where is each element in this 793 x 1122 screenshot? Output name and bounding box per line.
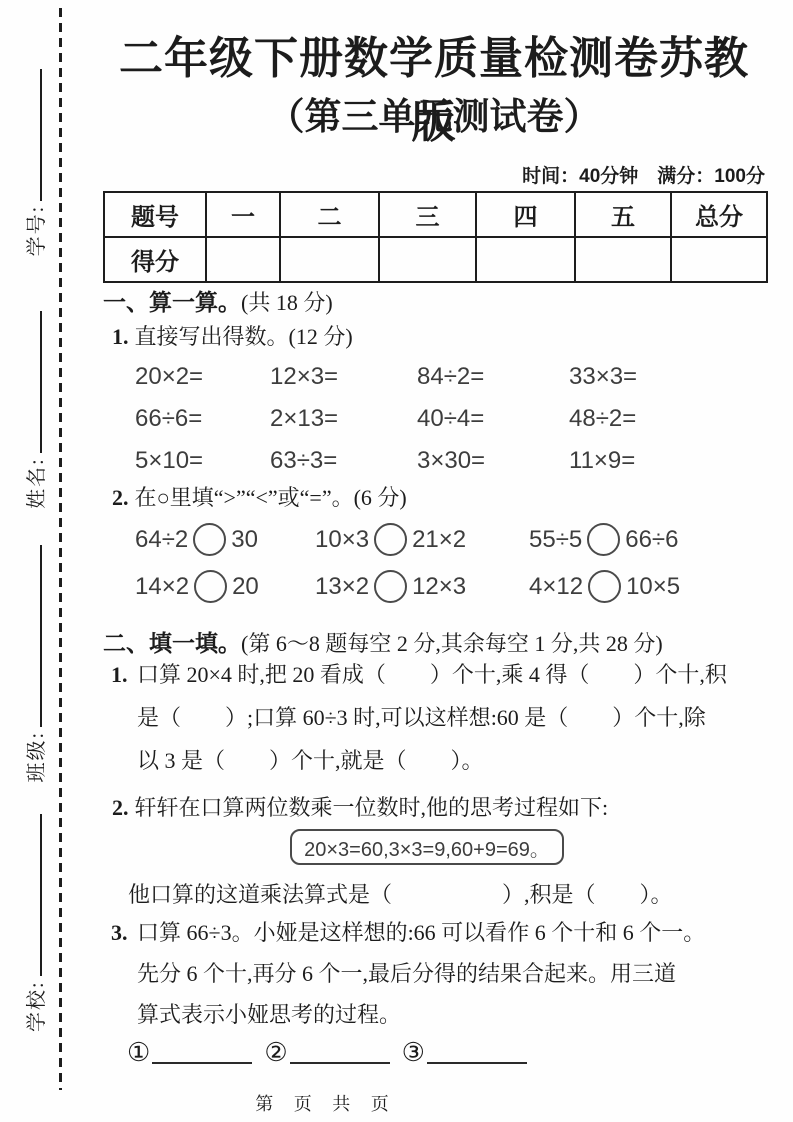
col-header-5: 五 bbox=[575, 192, 671, 237]
left-expression: 4×12 bbox=[529, 573, 583, 601]
question-number: 2. bbox=[112, 485, 129, 510]
equation: 48÷2= bbox=[569, 405, 689, 433]
school-field: 学校: bbox=[20, 782, 49, 1032]
question-line: 以 3 是（ ）个十,就是（ ）。 bbox=[137, 739, 785, 782]
equation: 11×9= bbox=[569, 447, 689, 475]
left-expression: 64÷2 bbox=[135, 526, 188, 554]
comparison-circle bbox=[588, 570, 621, 603]
equation: 63÷3= bbox=[270, 447, 417, 475]
col-header-3: 三 bbox=[379, 192, 476, 237]
section1-question1-prompt: 1.直接写出得数。(12 分) bbox=[112, 320, 353, 351]
comparison-item: 64÷2 30 bbox=[135, 523, 315, 556]
class-field: 班级: bbox=[20, 509, 49, 783]
col-header-1: 一 bbox=[206, 192, 280, 237]
equation: 66÷6= bbox=[135, 405, 270, 433]
score-cell bbox=[476, 237, 575, 282]
comparison-grid: 64÷2 30 10×3 21×2 55÷5 66÷6 14×2 20 13×2… bbox=[135, 516, 769, 610]
comparison-item: 55÷5 66÷6 bbox=[529, 523, 769, 556]
thinking-process-box: 20×3=60,3×3=9,60+9=69。 bbox=[290, 829, 564, 865]
section1-points-note: (共 18 分) bbox=[241, 290, 333, 315]
right-expression: 10×5 bbox=[626, 573, 680, 601]
left-expression: 13×2 bbox=[315, 573, 369, 601]
score-table-score-row: 得分 bbox=[104, 237, 767, 282]
col-header-2: 二 bbox=[280, 192, 379, 237]
right-expression: 12×3 bbox=[412, 573, 466, 601]
score-cell bbox=[280, 237, 379, 282]
comparison-item: 10×3 21×2 bbox=[315, 523, 529, 556]
section2-question3: 3. 口算 66÷3。小娅是这样想的:66 可以看作 6 个十和 6 个一。 先… bbox=[137, 912, 785, 1035]
comparison-circle bbox=[587, 523, 620, 556]
section2-question2-answer-line: 他口算的这道乘法算式是（ ）,积是（ ）。 bbox=[128, 878, 673, 909]
question-number: 3. bbox=[111, 912, 128, 953]
student-number-label: 学号: bbox=[20, 205, 49, 257]
question-number-header: 题号 bbox=[104, 192, 206, 237]
name-blank-line bbox=[40, 311, 42, 453]
section1-question2-prompt: 2.在○里填“>”“<”或“=”。(6 分) bbox=[112, 481, 407, 512]
blank-number-2: ② bbox=[264, 1038, 287, 1068]
comparison-item: 4×12 10×5 bbox=[529, 570, 769, 603]
comparison-item: 13×2 12×3 bbox=[315, 570, 529, 603]
score-label-cell: 得分 bbox=[104, 237, 206, 282]
answer-blank-line bbox=[152, 1062, 252, 1064]
equation: 33×3= bbox=[569, 363, 689, 391]
equation: 2×13= bbox=[270, 405, 417, 433]
equation: 84÷2= bbox=[417, 363, 569, 391]
exam-paper-page: 学校: 班级: 姓名: 学号: 二年级下册数学质量检测卷苏教版 （第三单元测试卷… bbox=[0, 0, 793, 1122]
right-expression: 20 bbox=[232, 573, 259, 601]
score-cell bbox=[575, 237, 671, 282]
question-line: 口算 66÷3。小娅是这样想的:66 可以看作 6 个十和 6 个一。 bbox=[137, 912, 785, 953]
left-expression: 55÷5 bbox=[529, 526, 582, 554]
score-cell bbox=[379, 237, 476, 282]
comparison-circle bbox=[194, 570, 227, 603]
section1-heading: 一、算一算。(共 18 分) bbox=[103, 284, 333, 317]
question-number: 1. bbox=[111, 653, 128, 696]
question-line: 算式表示小娅思考的过程。 bbox=[137, 994, 785, 1035]
exam-time-score-info: 时间：40分钟 满分：100分 bbox=[103, 161, 765, 188]
right-expression: 66÷6 bbox=[625, 526, 678, 554]
class-blank-line bbox=[40, 545, 42, 727]
comparison-item: 14×2 20 bbox=[135, 570, 315, 603]
blank-number-1: ① bbox=[127, 1038, 150, 1068]
question-number: 2. bbox=[112, 795, 129, 820]
equation: 12×3= bbox=[270, 363, 417, 391]
score-table-header-row: 题号 一 二 三 四 五 总分 bbox=[104, 192, 767, 237]
class-label: 班级: bbox=[20, 731, 49, 783]
school-blank-line bbox=[40, 814, 42, 976]
col-header-total: 总分 bbox=[671, 192, 767, 237]
question-line: 口算 20×4 时,把 20 看成（ ）个十,乘 4 得（ ）个十,积 bbox=[137, 653, 785, 696]
oral-calculation-grid: 20×2= 12×3= 84÷2= 33×3= 66÷6= 2×13= 40÷4… bbox=[135, 356, 689, 482]
section2-question2-prompt: 2.轩轩在口算两位数乘一位数时,他的思考过程如下: bbox=[112, 791, 608, 822]
name-field: 姓名: bbox=[20, 256, 49, 509]
left-expression: 14×2 bbox=[135, 573, 189, 601]
section1-title: 一、算一算。 bbox=[103, 290, 241, 315]
school-label: 学校: bbox=[20, 980, 49, 1032]
equation: 5×10= bbox=[135, 447, 270, 475]
question-text: 轩轩在口算两位数乘一位数时,他的思考过程如下: bbox=[135, 795, 609, 820]
answer-blank-line bbox=[290, 1062, 390, 1064]
student-number-blank-line bbox=[40, 69, 42, 201]
right-expression: 21×2 bbox=[412, 526, 466, 554]
equation: 20×2= bbox=[135, 363, 270, 391]
col-header-4: 四 bbox=[476, 192, 575, 237]
student-number-field: 学号: bbox=[20, 69, 49, 257]
comparison-circle bbox=[374, 523, 407, 556]
question-number: 1. bbox=[112, 324, 129, 349]
right-expression: 30 bbox=[231, 526, 258, 554]
comparison-circle bbox=[193, 523, 226, 556]
question-text: 直接写出得数。(12 分) bbox=[135, 324, 353, 349]
page-subtitle: （第三单元测试卷） bbox=[103, 86, 765, 140]
question-line: 先分 6 个十,再分 6 个一,最后分得的结果合起来。用三道 bbox=[137, 953, 785, 994]
comparison-circle bbox=[374, 570, 407, 603]
student-info-sidebar: 学校: 班级: 姓名: 学号: bbox=[13, 92, 55, 1032]
question-line: 是（ ）;口算 60÷3 时,可以这样想:60 是（ ）个十,除 bbox=[137, 696, 785, 739]
equation: 3×30= bbox=[417, 447, 569, 475]
question-text: 在○里填“>”“<”或“=”。(6 分) bbox=[135, 485, 407, 510]
answer-blank-line bbox=[427, 1062, 527, 1064]
equation: 40÷4= bbox=[417, 405, 569, 433]
blank-number-3: ③ bbox=[402, 1038, 425, 1068]
left-expression: 10×3 bbox=[315, 526, 369, 554]
score-table: 题号 一 二 三 四 五 总分 得分 bbox=[103, 191, 768, 283]
score-cell bbox=[206, 237, 280, 282]
seal-dashed-line bbox=[59, 8, 62, 1090]
name-label: 姓名: bbox=[20, 457, 49, 509]
score-cell bbox=[671, 237, 767, 282]
numbered-answer-blanks: ① ② ③ bbox=[127, 1038, 539, 1068]
page-footer: 第 页 共 页 bbox=[103, 1090, 543, 1116]
section2-question1: 1. 口算 20×4 时,把 20 看成（ ）个十,乘 4 得（ ）个十,积 是… bbox=[137, 653, 785, 782]
